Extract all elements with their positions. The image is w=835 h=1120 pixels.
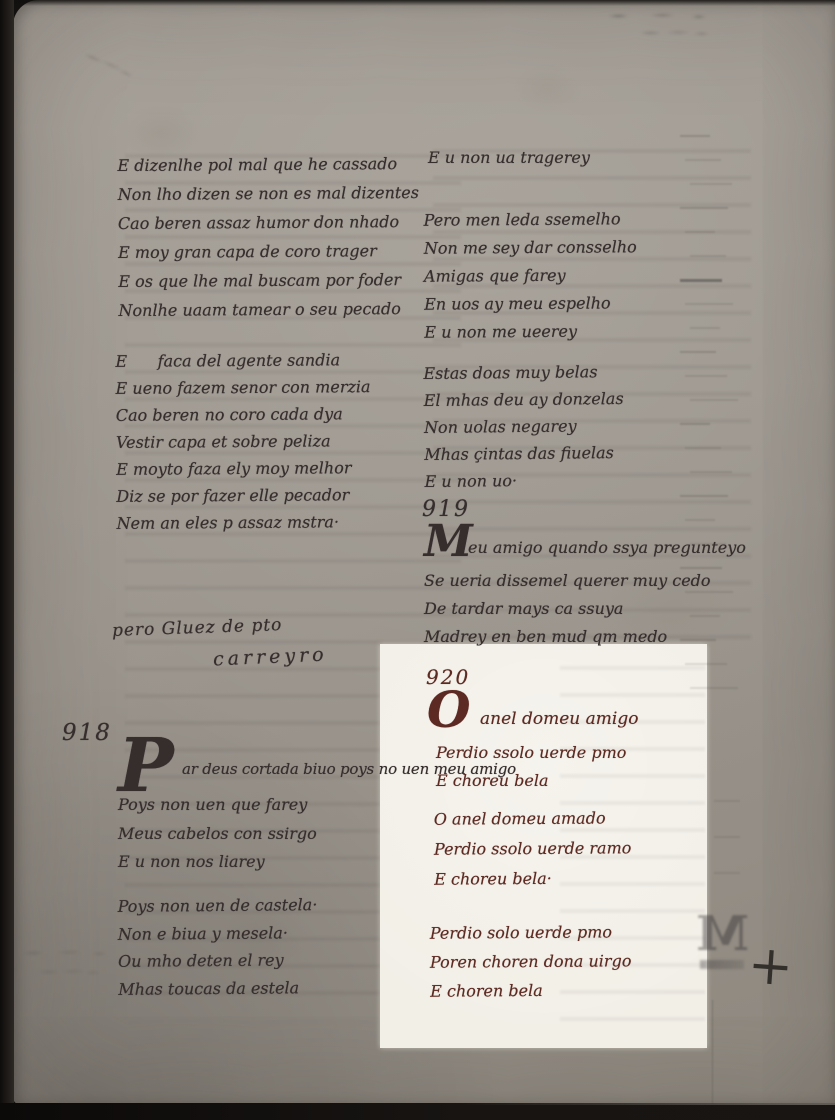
stanza-right-3-first-line: eu amigo quando ssya pregunteyo [468, 538, 746, 557]
manuscript-line: E moyto faza ely moy melhor [116, 454, 371, 483]
manuscript-line: Pero men leda ssemelho [424, 205, 637, 234]
manuscript-line: Mhas çintas das fiuelas [424, 439, 624, 468]
stanza-920-2: O anel domeu amadoPerdio ssolo uerde ram… [434, 803, 632, 894]
page-crease [712, 1000, 713, 1104]
right-margin-line-end [690, 183, 732, 185]
right-margin-line-end [690, 255, 726, 257]
manuscript-line: E moy gran capa de coro trager [118, 236, 419, 267]
manuscript-line: Perdio ssolo uerde pmo [436, 739, 626, 767]
manuscript-line: Non e biua y mesela· [118, 919, 318, 948]
right-margin-line-end [685, 519, 715, 521]
right-margin-line-end [680, 423, 710, 425]
right-margin-line-end [685, 663, 727, 665]
manuscript-line: Perdio solo uerde pmo [430, 917, 632, 947]
manuscript-photo: { "colors":{ "ink_dark":"#362e2d", "ink_… [0, 0, 835, 1120]
manuscript-line: Nem an eles p assaz mstra· [116, 508, 371, 537]
right-margin-line-end [685, 375, 727, 377]
manuscript-line: E choreu bela· [434, 863, 632, 894]
right-margin-line-end [685, 303, 733, 305]
manuscript-line: E u non me ueerey [424, 317, 637, 346]
manuscript-line: E u non uo· [424, 466, 624, 495]
photo-edge-left [0, 0, 14, 1120]
right-margin-line-end [685, 591, 733, 593]
manuscript-line: Cao beren no coro cada dya [116, 400, 371, 429]
bleed-through-initial-M: M [696, 906, 749, 962]
manuscript-line: Ou mho deten el rey [118, 946, 318, 975]
stanza-920-3: Perdio solo uerde pmoPoren choren dona u… [430, 917, 632, 1005]
right-margin-line-end [680, 567, 722, 569]
manuscript-line: Diz se por fazer elle pecador [116, 481, 371, 510]
poem-number-918: 918 [62, 720, 112, 746]
bleed-through-smudge [700, 960, 744, 969]
right-margin-line-end [690, 327, 720, 329]
manuscript-line: E ueno fazem senor con merzia [116, 373, 371, 402]
manuscript-line: Perdio ssolo uerde ramo [434, 833, 632, 864]
manuscript-line: Amigas que farey [424, 261, 637, 290]
right-margin-line-end [685, 159, 721, 161]
manuscript-line: Poys non uen que farey [118, 791, 317, 820]
manuscript-line: E dizenlhe pol mal que he cassado [117, 149, 418, 180]
refrain-line-right: E u non ua tragerey [428, 148, 590, 167]
manuscript-line: El mhas deu ay donzelas [424, 385, 624, 414]
manuscript-line: E choren bela [430, 975, 632, 1005]
manuscript-line: Meus cabelos con ssirgo [118, 820, 317, 849]
stanza-920-1-first-line: anel domeu amigo [480, 709, 638, 729]
right-margin-line-end [690, 687, 738, 689]
right-margin-line-end [690, 615, 720, 617]
right-margin-line-end [714, 800, 740, 802]
manuscript-line: Poys non uen de castela· [118, 891, 318, 920]
drop-cap-P: P [118, 737, 174, 796]
manuscript-line: Nonlhe uaam tamear o seu pecado [118, 294, 419, 325]
right-margin-line-end [685, 447, 721, 449]
photo-edge-bottom [0, 1103, 835, 1120]
right-margin-line-end [680, 207, 728, 209]
stanza-left-3: Poys non uen que fareyMeus cabelos con s… [118, 791, 317, 877]
manuscript-line: E choreu bela [436, 767, 626, 795]
stanza-right-3: Se ueria dissemel querer muy cedoDe tard… [424, 567, 711, 651]
manuscript-line: Non uolas negarey [424, 412, 624, 441]
manuscript-line: Madrey en ben mud qm medo [424, 623, 711, 651]
stanza-left-4: Poys non uen de castela·Non e biua y mes… [118, 891, 319, 1003]
manuscript-line: Poren choren dona uirgo [430, 946, 632, 976]
plus-cross-mark: + [746, 932, 796, 998]
manuscript-line: En uos ay meu espelho [424, 289, 637, 318]
stanza-left-2: E faca del agente sandiaE ueno fazem sen… [115, 346, 371, 537]
right-margin-line-end [680, 351, 716, 353]
manuscript-line: Vestir capa et sobre peliza [116, 427, 371, 456]
manuscript-line: O anel domeu amado [434, 803, 632, 834]
right-margin-line-end [690, 399, 738, 401]
manuscript-line: Non me sey dar consselho [424, 233, 637, 262]
right-margin-line-end [680, 639, 716, 641]
stanza-right-1: Pero men leda ssemelhoNon me sey dar con… [424, 205, 638, 346]
manuscript-line: Se ueria dissemel querer muy cedo [424, 567, 711, 595]
manuscript-line: Estas doas muy belas [423, 358, 623, 387]
stanza-left-1: E dizenlhe pol mal que he cassadoNon lho… [117, 149, 419, 325]
right-margin-line-end [714, 872, 740, 874]
stanza-920-1: Perdio ssolo uerde pmoE choreu bela [436, 739, 626, 794]
right-margin-line-end [680, 135, 710, 137]
right-margin-line-end [680, 495, 728, 497]
manuscript-line: Mhas toucas da estela [118, 974, 318, 1003]
drop-cap-O: O [427, 690, 471, 730]
manuscript-line: E faca del agente sandia [115, 346, 370, 375]
manuscript-line: Cao beren assaz humor don nhado [118, 207, 419, 238]
manuscript-line: E u non nos liarey [118, 848, 317, 877]
right-margin-line-end [680, 279, 722, 282]
manuscript-line: Non lho dizen se non es mal dizentes [118, 178, 419, 209]
stanza-right-2: Estas doas muy belasEl mhas deu ay donze… [423, 358, 624, 495]
right-margin-line-end [690, 543, 726, 545]
manuscript-line: De tardar mays ca ssuya [424, 595, 711, 623]
photo-edge-top [0, 0, 835, 6]
drop-cap-M: M [424, 524, 473, 559]
right-margin-line-end [714, 836, 740, 838]
right-margin-line-end [690, 471, 732, 473]
right-margin-line-end [685, 231, 715, 233]
manuscript-line: E os que lhe mal buscam por foder [118, 265, 419, 296]
